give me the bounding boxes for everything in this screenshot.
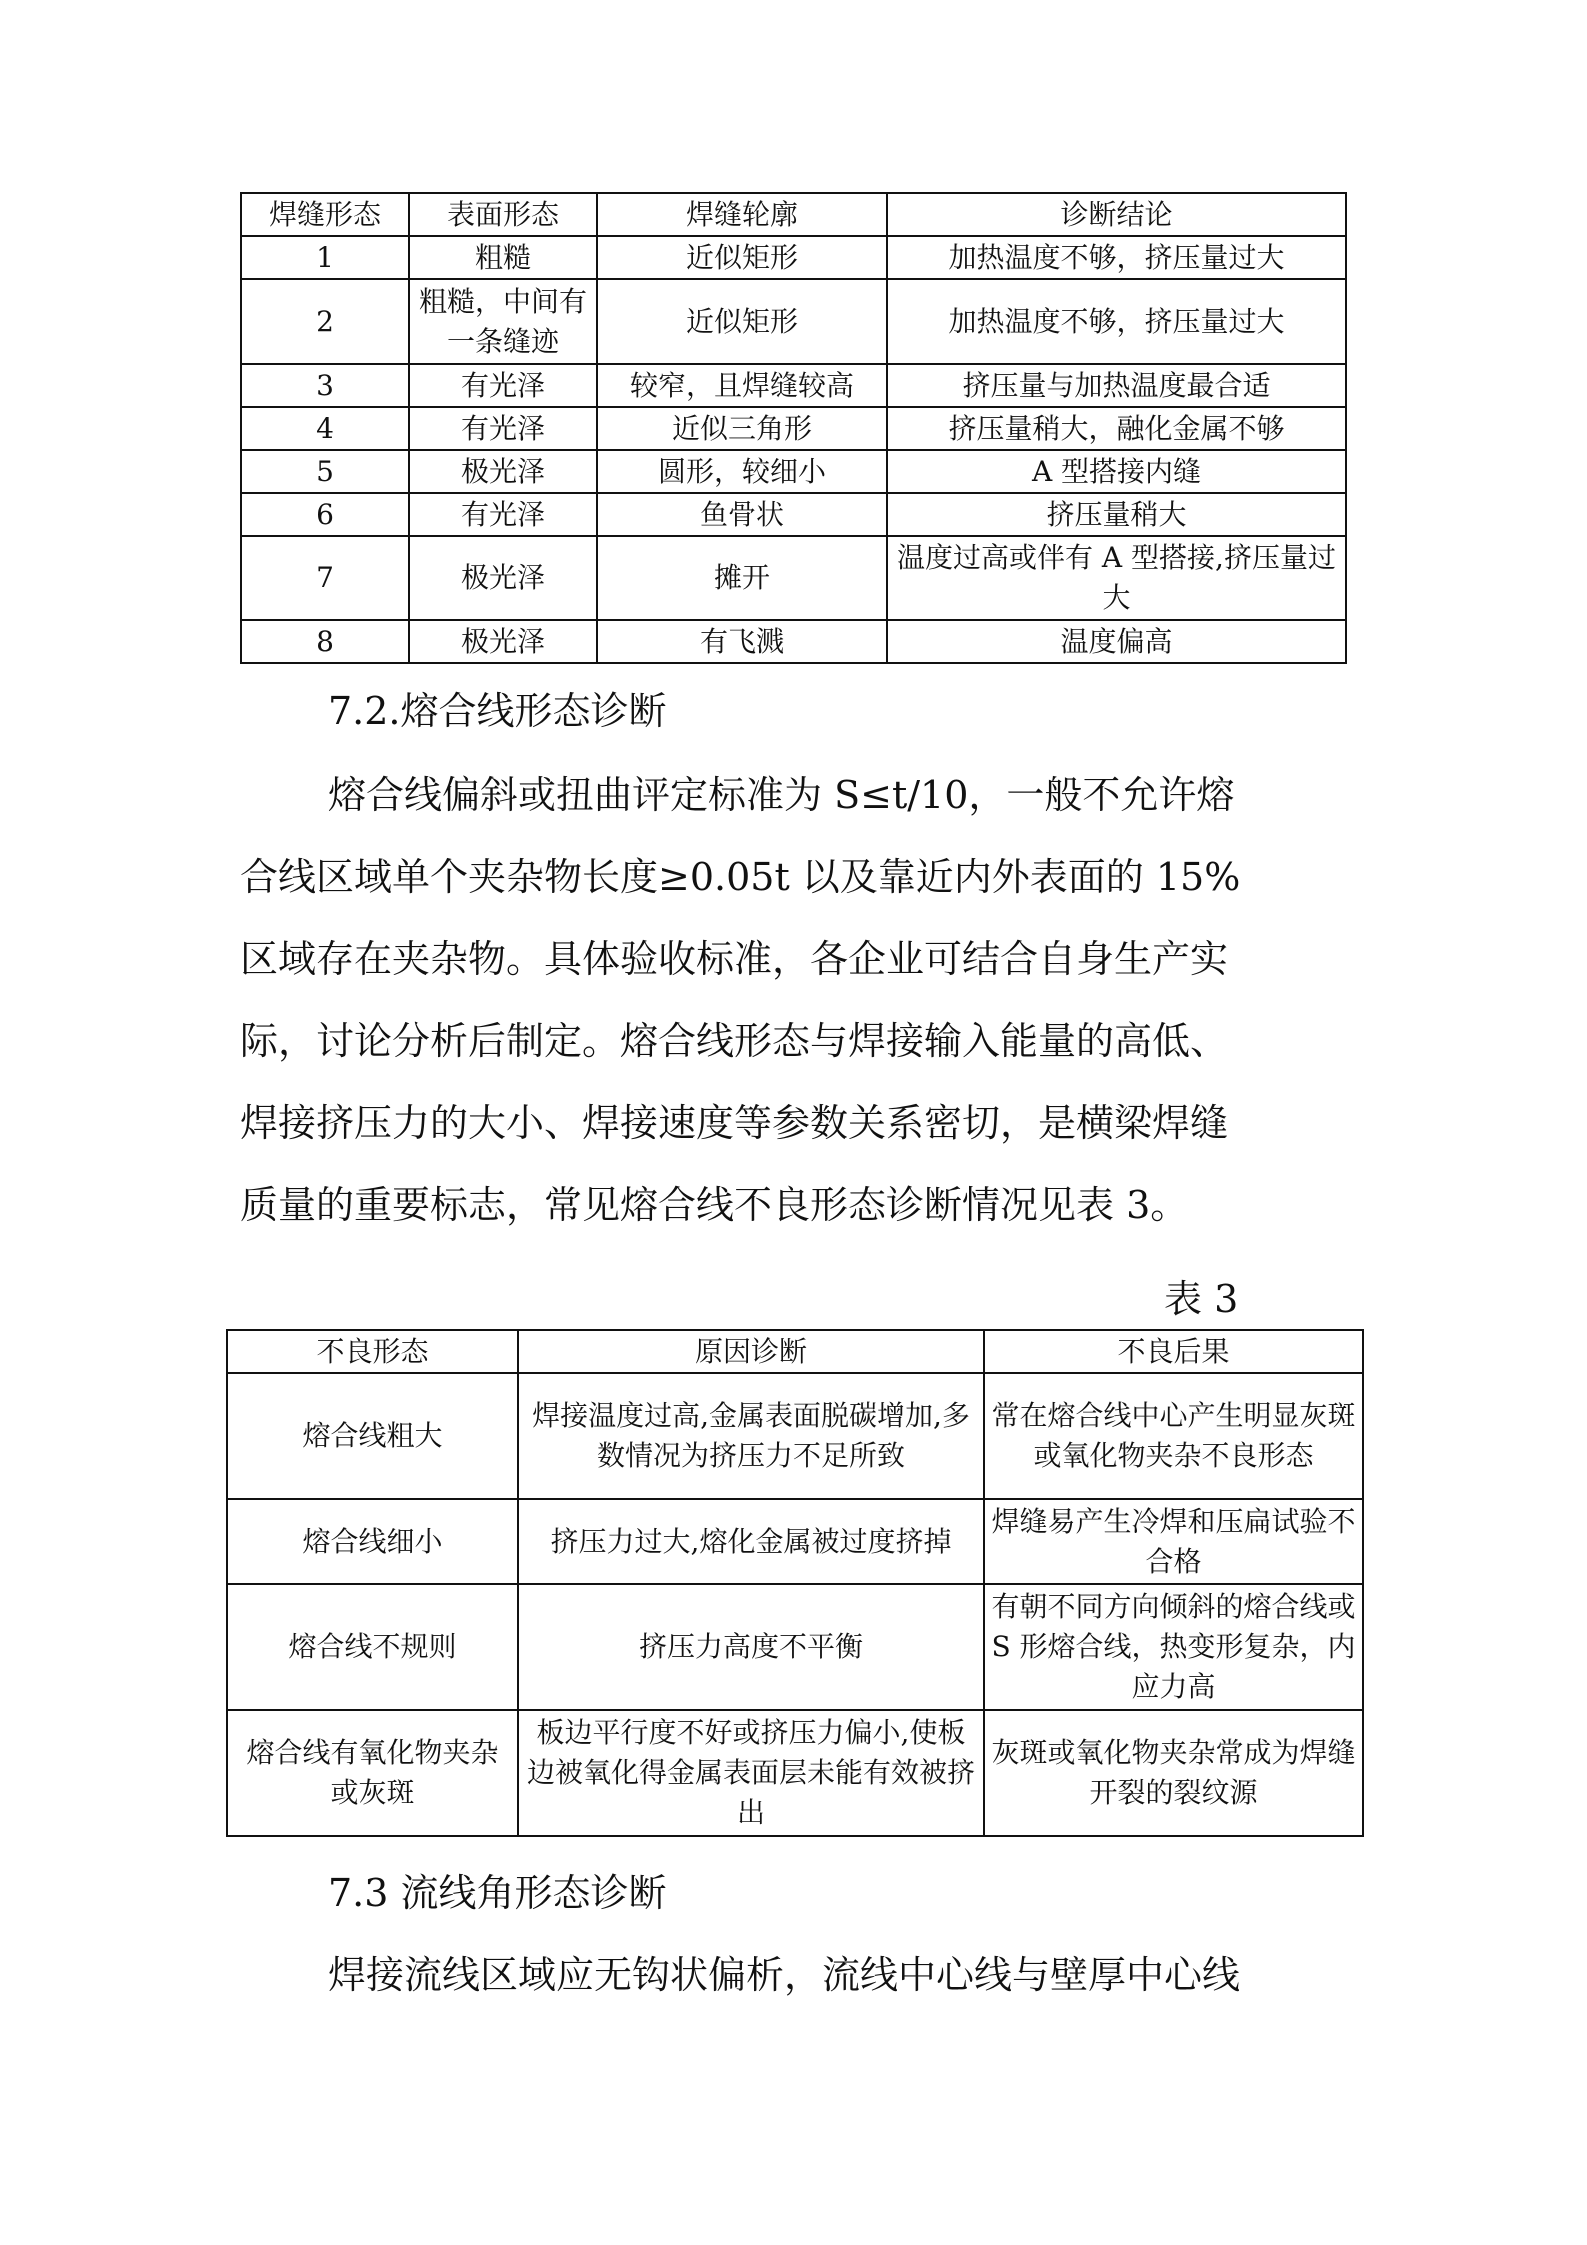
paragraph-line: 区域存在夹杂物。具体验收标准，各企业可结合自身生产实 [240, 928, 1228, 983]
paragraph-line: 熔合线偏斜或扭曲评定标准为 S≤t/10，一般不允许熔 [328, 764, 1234, 819]
table-header-row: 不良形态 原因诊断 不良后果 [227, 1330, 1363, 1373]
cell: 4 [241, 407, 409, 450]
cell: 挤压量稍大，融化金属不够 [887, 407, 1346, 450]
header-cell: 原因诊断 [518, 1330, 984, 1373]
table-header-row: 焊缝形态 表面形态 焊缝轮廓 诊断结论 [241, 193, 1346, 236]
cell: 近似矩形 [597, 279, 887, 364]
table-row: 2 粗糙，中间有一条缝迹 近似矩形 加热温度不够，挤压量过大 [241, 279, 1346, 364]
header-cell: 不良形态 [227, 1330, 518, 1373]
cell: 7 [241, 536, 409, 620]
cell: 有朝不同方向倾斜的熔合线或 S 形熔合线，热变形复杂，内应力高 [984, 1584, 1363, 1710]
cell: 加热温度不够，挤压量过大 [887, 279, 1346, 364]
paragraph-line: 合线区域单个夹杂物长度≥0.05t 以及靠近内外表面的 15% [240, 846, 1240, 901]
cell: 有光泽 [409, 364, 597, 407]
cell: 1 [241, 236, 409, 279]
paragraph-line: 质量的重要标志，常见熔合线不良形态诊断情况见表 3。 [240, 1174, 1188, 1229]
header-cell: 表面形态 [409, 193, 597, 236]
header-cell: 焊缝形态 [241, 193, 409, 236]
cell: 熔合线不规则 [227, 1584, 518, 1710]
cell: 焊缝易产生冷焊和压扁试验不合格 [984, 1499, 1363, 1584]
section-heading-7-2: 7.2.熔合线形态诊断 [328, 680, 667, 735]
cell: 圆形，较细小 [597, 450, 887, 493]
cell: 挤压力过大,熔化金属被过度挤掉 [518, 1499, 984, 1584]
cell: 板边平行度不好或挤压力偏小,使板边被氧化得金属表面层未能有效被挤出 [518, 1710, 984, 1836]
cell: 极光泽 [409, 536, 597, 620]
cell: 熔合线细小 [227, 1499, 518, 1584]
cell: 挤压量与加热温度最合适 [887, 364, 1346, 407]
cell: 温度偏高 [887, 620, 1346, 663]
cell: 8 [241, 620, 409, 663]
section-heading-7-3: 7.3 流线角形态诊断 [328, 1862, 667, 1917]
header-cell: 焊缝轮廓 [597, 193, 887, 236]
cell: 灰斑或氧化物夹杂常成为焊缝开裂的裂纹源 [984, 1710, 1363, 1836]
cell: 近似矩形 [597, 236, 887, 279]
table-row: 熔合线有氧化物夹杂或灰斑 板边平行度不好或挤压力偏小,使板边被氧化得金属表面层未… [227, 1710, 1363, 1836]
cell: 有飞溅 [597, 620, 887, 663]
cell: A 型搭接内缝 [887, 450, 1346, 493]
cell: 温度过高或伴有 A 型搭接,挤压量过大 [887, 536, 1346, 620]
cell: 近似三角形 [597, 407, 887, 450]
table-row: 5 极光泽 圆形，较细小 A 型搭接内缝 [241, 450, 1346, 493]
table-row: 7 极光泽 摊开 温度过高或伴有 A 型搭接,挤压量过大 [241, 536, 1346, 620]
cell: 鱼骨状 [597, 493, 887, 536]
table-row: 熔合线细小 挤压力过大,熔化金属被过度挤掉 焊缝易产生冷焊和压扁试验不合格 [227, 1499, 1363, 1584]
paragraph-line: 焊接挤压力的大小、焊接速度等参数关系密切，是横梁焊缝 [240, 1092, 1228, 1147]
table-row: 熔合线粗大 焊接温度过高,金属表面脱碳增加,多数情况为挤压力不足所致 常在熔合线… [227, 1373, 1363, 1499]
header-cell: 不良后果 [984, 1330, 1363, 1373]
table-row: 4 有光泽 近似三角形 挤压量稍大，融化金属不够 [241, 407, 1346, 450]
cell: 熔合线有氧化物夹杂或灰斑 [227, 1710, 518, 1836]
cell: 挤压力高度不平衡 [518, 1584, 984, 1710]
paragraph-line: 际，讨论分析后制定。熔合线形态与焊接输入能量的高低、 [240, 1010, 1228, 1065]
table-row: 熔合线不规则 挤压力高度不平衡 有朝不同方向倾斜的熔合线或 S 形熔合线，热变形… [227, 1584, 1363, 1710]
cell: 2 [241, 279, 409, 364]
cell: 加热温度不够，挤压量过大 [887, 236, 1346, 279]
cell: 熔合线粗大 [227, 1373, 518, 1499]
weld-morphology-table: 焊缝形态 表面形态 焊缝轮廓 诊断结论 1 粗糙 近似矩形 加热温度不够，挤压量… [240, 192, 1347, 664]
cell: 有光泽 [409, 407, 597, 450]
cell: 有光泽 [409, 493, 597, 536]
cell: 3 [241, 364, 409, 407]
fusion-line-diagnosis-table: 不良形态 原因诊断 不良后果 熔合线粗大 焊接温度过高,金属表面脱碳增加,多数情… [226, 1329, 1364, 1837]
cell: 较窄，且焊缝较高 [597, 364, 887, 407]
cell: 挤压量稍大 [887, 493, 1346, 536]
paragraph-line: 焊接流线区域应无钩状偏析，流线中心线与壁厚中心线 [328, 1944, 1240, 1999]
header-cell: 诊断结论 [887, 193, 1346, 236]
table-row: 3 有光泽 较窄，且焊缝较高 挤压量与加热温度最合适 [241, 364, 1346, 407]
table-caption: 表 3 [1164, 1268, 1238, 1323]
cell: 粗糙 [409, 236, 597, 279]
table-row: 6 有光泽 鱼骨状 挤压量稍大 [241, 493, 1346, 536]
cell: 焊接温度过高,金属表面脱碳增加,多数情况为挤压力不足所致 [518, 1373, 984, 1499]
cell: 粗糙，中间有一条缝迹 [409, 279, 597, 364]
cell: 极光泽 [409, 450, 597, 493]
cell: 摊开 [597, 536, 887, 620]
table-row: 1 粗糙 近似矩形 加热温度不够，挤压量过大 [241, 236, 1346, 279]
cell: 极光泽 [409, 620, 597, 663]
table-row: 8 极光泽 有飞溅 温度偏高 [241, 620, 1346, 663]
cell: 5 [241, 450, 409, 493]
cell: 6 [241, 493, 409, 536]
cell: 常在熔合线中心产生明显灰斑或氧化物夹杂不良形态 [984, 1373, 1363, 1499]
